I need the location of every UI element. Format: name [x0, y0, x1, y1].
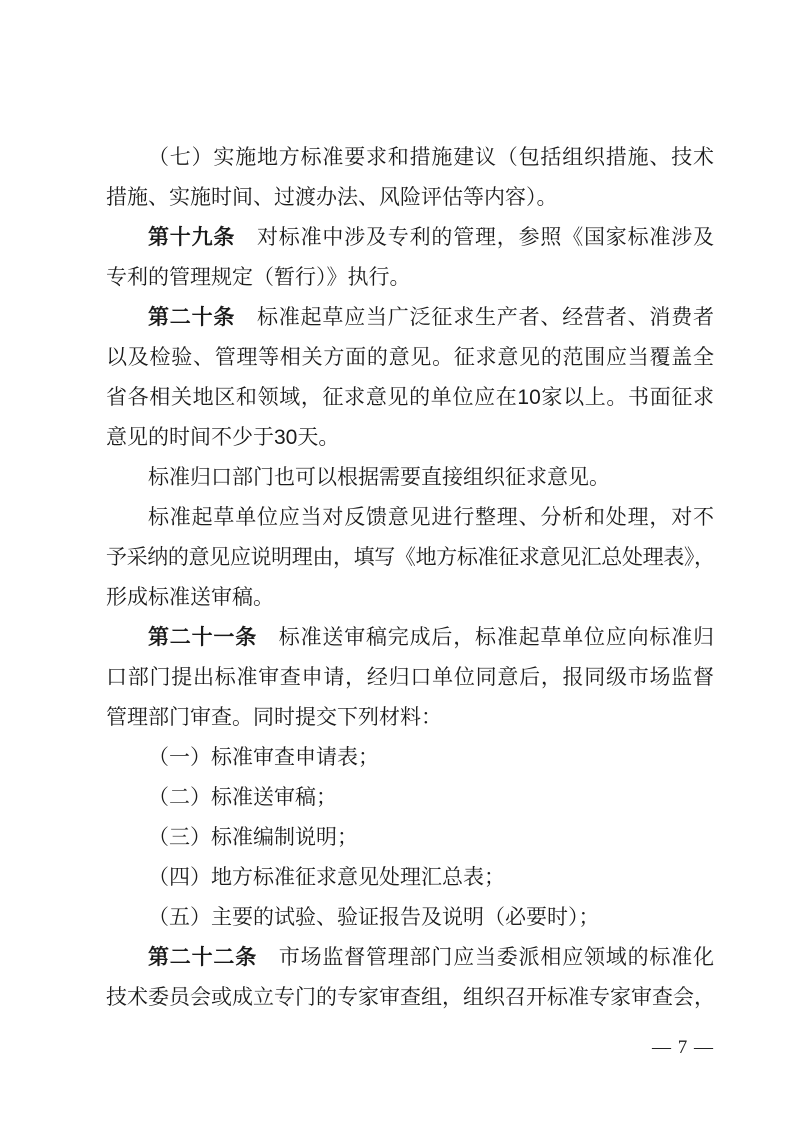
- text-line: 形成标准送审稿。: [106, 578, 714, 618]
- text-line: 口部门提出标准审查申请，经归口单位同意后，报同级市场监督: [106, 658, 714, 698]
- text-run: （七）实施地方标准要求和措施建议（包括组织措施、技术: [148, 146, 714, 169]
- text-run: （一）标准审查申请表；: [148, 746, 379, 769]
- text-run: 口部门提出标准审查申请，经归口单位同意后，报同级市场监督: [106, 666, 714, 689]
- text-line: 予采纳的意见应说明理由，填写《地方标准征求意见汇总处理表》，: [106, 538, 714, 578]
- text-run: （四）地方标准征求意见处理汇总表；: [148, 866, 505, 889]
- text-line: （四）地方标准征求意见处理汇总表；: [106, 858, 714, 898]
- clause-number: 第十九条: [148, 226, 235, 249]
- page-number: — 7 —: [652, 1033, 714, 1063]
- text-line: 第二十一条 标准送审稿完成后，标准起草单位应向标准归: [106, 618, 714, 658]
- text-run: 措施、实施时间、过渡办法、风险评估等内容）。: [106, 186, 558, 209]
- text-run: （五）主要的试验、验证报告及说明（必要时）；: [148, 906, 600, 929]
- document-body: （七）实施地方标准要求和措施建议（包括组织措施、技术措施、实施时间、过渡办法、风…: [106, 138, 714, 1018]
- text-run: 专利的管理规定（暂行）》执行。: [106, 266, 411, 289]
- clause-number: 第二十一条: [148, 626, 257, 649]
- text-run: （二）标准送审稿；: [148, 786, 337, 809]
- text-line: 意见的时间不少于30天。: [106, 418, 714, 458]
- text-run: 省各相关地区和领域，征求意见的单位应在10家以上。书面征求: [106, 386, 714, 409]
- text-line: （一）标准审查申请表；: [106, 738, 714, 778]
- text-run: 管理部门审查。同时提交下列材料：: [106, 706, 442, 729]
- text-line: （三）标准编制说明；: [106, 818, 714, 858]
- text-line: 标准起草单位应当对反馈意见进行整理、分析和处理，对不: [106, 498, 714, 538]
- text-line: （二）标准送审稿；: [106, 778, 714, 818]
- clause-number: 第二十二条: [148, 946, 257, 969]
- text-run: 形成标准送审稿。: [106, 586, 274, 609]
- text-line: （七）实施地方标准要求和措施建议（包括组织措施、技术: [106, 138, 714, 178]
- text-run: 技术委员会或成立专门的专家审查组，组织召开标准专家审查会，: [106, 986, 714, 1009]
- text-run: 以及检验、管理等相关方面的意见。征求意见的范围应当覆盖全: [106, 346, 714, 369]
- text-line: 第二十二条 市场监督管理部门应当委派相应领域的标准化: [106, 938, 714, 978]
- text-run: 市场监督管理部门应当委派相应领域的标准化: [257, 946, 714, 969]
- text-run: 标准起草单位应当对反馈意见进行整理、分析和处理，对不: [148, 506, 714, 529]
- text-line: 管理部门审查。同时提交下列材料：: [106, 698, 714, 738]
- text-run: 予采纳的意见应说明理由，填写《地方标准征求意见汇总处理表》，: [106, 546, 714, 569]
- text-run: （三）标准编制说明；: [148, 826, 358, 849]
- text-line: 第十九条 对标准中涉及专利的管理，参照《国家标准涉及: [106, 218, 714, 258]
- text-run: 标准起草应当广泛征求生产者、经营者、消费者: [235, 306, 714, 329]
- text-line: 措施、实施时间、过渡办法、风险评估等内容）。: [106, 178, 714, 218]
- text-line: 标准归口部门也可以根据需要直接组织征求意见。: [106, 458, 714, 498]
- text-line: 专利的管理规定（暂行）》执行。: [106, 258, 714, 298]
- text-line: 第二十条 标准起草应当广泛征求生产者、经营者、消费者: [106, 298, 714, 338]
- text-run: 意见的时间不少于30天。: [106, 426, 339, 449]
- text-line: 技术委员会或成立专门的专家审查组，组织召开标准专家审查会，: [106, 978, 714, 1018]
- text-line: 省各相关地区和领域，征求意见的单位应在10家以上。书面征求: [106, 378, 714, 418]
- text-run: 标准送审稿完成后，标准起草单位应向标准归: [257, 626, 714, 649]
- clause-number: 第二十条: [148, 306, 235, 329]
- text-run: 标准归口部门也可以根据需要直接组织征求意见。: [148, 466, 610, 489]
- text-line: 以及检验、管理等相关方面的意见。征求意见的范围应当覆盖全: [106, 338, 714, 378]
- text-run: 对标准中涉及专利的管理，参照《国家标准涉及: [235, 226, 714, 249]
- text-line: （五）主要的试验、验证报告及说明（必要时）；: [106, 898, 714, 938]
